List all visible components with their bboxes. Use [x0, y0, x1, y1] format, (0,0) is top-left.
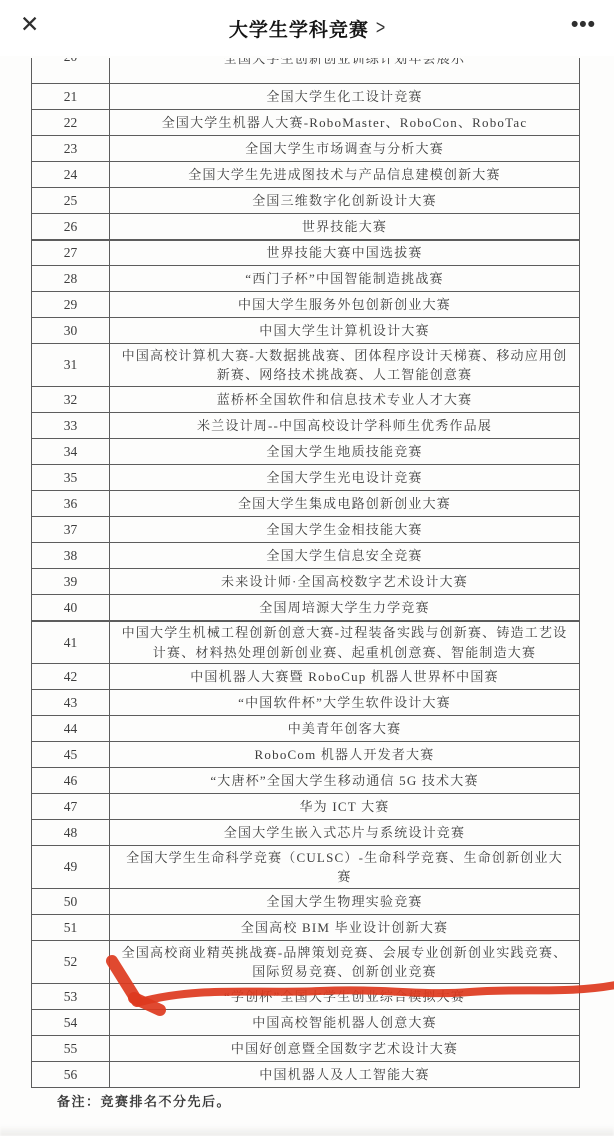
competition-name: RoboCom 机器人开发者大赛	[110, 742, 579, 767]
row-number: 47	[32, 794, 110, 819]
table-row: 37全国大学生金相技能大赛	[32, 516, 579, 542]
row-number: 35	[32, 465, 110, 490]
competition-name: 全国大学生化工设计竞赛	[110, 84, 579, 109]
row-number: 45	[32, 742, 110, 767]
table-row: 27世界技能大赛中国选拔赛	[32, 239, 579, 265]
competition-name: 中国机器人大赛暨 RoboCup 机器人世界杯中国赛	[110, 664, 579, 689]
competition-name: 全国大学生金相技能大赛	[110, 517, 579, 542]
competition-name: 华为 ICT 大赛	[110, 794, 579, 819]
row-number: 41	[32, 622, 110, 663]
table-row: 22全国大学生机器人大赛-RoboMaster、RoboCon、RoboTac	[32, 109, 579, 135]
row-number: 54	[32, 1010, 110, 1035]
competition-name: 全国大学生嵌入式芯片与系统设计竞赛	[110, 820, 579, 845]
document-title[interactable]: 大学生学科竞赛 >	[229, 15, 385, 42]
row-number: 44	[32, 716, 110, 741]
table-row: 50全国大学生物理实验竞赛	[32, 888, 579, 914]
competition-name: 米兰设计周--中国高校设计学科师生优秀作品展	[110, 413, 579, 438]
competition-name: 蓝桥杯全国软件和信息技术专业人才大赛	[110, 387, 579, 412]
close-icon[interactable]: ✕	[20, 13, 39, 36]
more-options-icon[interactable]: •••	[571, 10, 596, 39]
row-number: 52	[32, 941, 110, 983]
row-number: 56	[32, 1062, 110, 1087]
row-number: 51	[32, 915, 110, 940]
row-number: 31	[32, 344, 110, 386]
table-row: 41中国大学生机械工程创新创意大赛-过程装备实践与创新赛、铸造工艺设计赛、材料热…	[32, 620, 579, 663]
table-row: 21全国大学生化工设计竞赛	[32, 83, 579, 109]
table-row: 40全国周培源大学生力学竞赛	[32, 594, 579, 620]
competition-name: 中国机器人及人工智能大赛	[110, 1062, 579, 1087]
table-row: 25全国三维数字化创新设计大赛	[32, 187, 579, 213]
competition-name: 全国大学生机器人大赛-RoboMaster、RoboCon、RoboTac	[110, 110, 579, 135]
row-number: 24	[32, 162, 110, 187]
competition-name: “学创杯”全国大学生创业综合模拟大赛	[110, 984, 579, 1009]
competition-name: 中国高校计算机大赛-大数据挑战赛、团体程序设计天梯赛、移动应用创新赛、网络技术挑…	[110, 344, 579, 386]
competition-name: 世界技能大赛	[110, 214, 579, 239]
table-row: 53“学创杯”全国大学生创业综合模拟大赛	[32, 983, 579, 1009]
competition-name: 全国大学生先进成图技术与产品信息建模创新大赛	[110, 162, 579, 187]
row-number: 40	[32, 595, 110, 620]
row-number: 29	[32, 292, 110, 317]
competition-name: 全国大学生创新创业训练计划年会展示	[110, 58, 579, 83]
table-row: 32蓝桥杯全国软件和信息技术专业人才大赛	[32, 386, 579, 412]
table-row: 28“西门子杯”中国智能制造挑战赛	[32, 265, 579, 291]
table-row: 31中国高校计算机大赛-大数据挑战赛、团体程序设计天梯赛、移动应用创新赛、网络技…	[32, 343, 579, 386]
table-row: 36全国大学生集成电路创新创业大赛	[32, 490, 579, 516]
table-row: 38全国大学生信息安全竞赛	[32, 542, 579, 568]
chevron-right-icon: >	[376, 17, 385, 40]
table-row: 30中国大学生计算机设计大赛	[32, 317, 579, 343]
table-row: 43“中国软件杯”大学生软件设计大赛	[32, 689, 579, 715]
row-number: 34	[32, 439, 110, 464]
table-row: 23全国大学生市场调查与分析大赛	[32, 135, 579, 161]
row-number: 32	[32, 387, 110, 412]
table-row: 56中国机器人及人工智能大赛	[32, 1061, 579, 1087]
app-header: ✕ 大学生学科竞赛 > •••	[0, 0, 614, 56]
row-number: 48	[32, 820, 110, 845]
row-number: 26	[32, 214, 110, 239]
competition-name: 全国高校 BIM 毕业设计创新大赛	[110, 915, 579, 940]
competition-name: 全国大学生物理实验竞赛	[110, 889, 579, 914]
table-row: 35全国大学生光电设计竞赛	[32, 464, 579, 490]
competition-name: 全国大学生市场调查与分析大赛	[110, 136, 579, 161]
table-row: 45RoboCom 机器人开发者大赛	[32, 741, 579, 767]
competition-name: 中国大学生机械工程创新创意大赛-过程装备实践与创新赛、铸造工艺设计赛、材料热处理…	[110, 622, 579, 663]
table-row: 29中国大学生服务外包创新创业大赛	[32, 291, 579, 317]
row-number: 46	[32, 768, 110, 793]
table-row: 46“大唐杯”全国大学生移动通信 5G 技术大赛	[32, 767, 579, 793]
competition-name: 全国大学生信息安全竞赛	[110, 543, 579, 568]
table-row: 44中美青年创客大赛	[32, 715, 579, 741]
competition-name: 全国高校商业精英挑战赛-品牌策划竞赛、会展专业创新创业实践竞赛、国际贸易竞赛、创…	[110, 941, 579, 983]
row-number: 20	[32, 58, 110, 83]
row-number: 55	[32, 1036, 110, 1061]
row-number: 39	[32, 569, 110, 594]
table-row: 20全国大学生创新创业训练计划年会展示	[32, 58, 579, 83]
row-number: 21	[32, 84, 110, 109]
table-row: 24全国大学生先进成图技术与产品信息建模创新大赛	[32, 161, 579, 187]
row-number: 28	[32, 266, 110, 291]
competition-name: 中国大学生计算机设计大赛	[110, 318, 579, 343]
remark-note: 备注：竞赛排名不分先后。	[57, 1091, 231, 1110]
table-row: 52全国高校商业精英挑战赛-品牌策划竞赛、会展专业创新创业实践竞赛、国际贸易竞赛…	[32, 940, 579, 983]
competition-name: 全国大学生集成电路创新创业大赛	[110, 491, 579, 516]
table-row: 51全国高校 BIM 毕业设计创新大赛	[32, 914, 579, 940]
row-number: 53	[32, 984, 110, 1009]
competition-name: 全国大学生生命科学竞赛（CULSC）-生命科学竞赛、生命创新创业大赛	[110, 846, 579, 888]
competition-table: 20全国大学生创新创业训练计划年会展示21全国大学生化工设计竞赛22全国大学生机…	[31, 58, 580, 1088]
row-number: 38	[32, 543, 110, 568]
competition-name: 中国大学生服务外包创新创业大赛	[110, 292, 579, 317]
table-row: 26世界技能大赛	[32, 213, 579, 239]
table-row: 39未来设计师·全国高校数字艺术设计大赛	[32, 568, 579, 594]
competition-name: 中国好创意暨全国数字艺术设计大赛	[110, 1036, 579, 1061]
row-number: 30	[32, 318, 110, 343]
table-row: 54中国高校智能机器人创意大赛	[32, 1009, 579, 1035]
row-number: 50	[32, 889, 110, 914]
row-number: 49	[32, 846, 110, 888]
table-row: 47华为 ICT 大赛	[32, 793, 579, 819]
row-number: 25	[32, 188, 110, 213]
row-number: 22	[32, 110, 110, 135]
competition-name: 未来设计师·全国高校数字艺术设计大赛	[110, 569, 579, 594]
competition-name: “中国软件杯”大学生软件设计大赛	[110, 690, 579, 715]
table-row: 42中国机器人大赛暨 RoboCup 机器人世界杯中国赛	[32, 663, 579, 689]
competition-name: 中美青年创客大赛	[110, 716, 579, 741]
competition-name: “大唐杯”全国大学生移动通信 5G 技术大赛	[110, 768, 579, 793]
competition-name: 全国大学生光电设计竞赛	[110, 465, 579, 490]
competition-name: 全国三维数字化创新设计大赛	[110, 188, 579, 213]
row-number: 42	[32, 664, 110, 689]
competition-name: 全国周培源大学生力学竞赛	[110, 595, 579, 620]
competition-name: 世界技能大赛中国选拔赛	[110, 241, 579, 265]
table-row: 49全国大学生生命科学竞赛（CULSC）-生命科学竞赛、生命创新创业大赛	[32, 845, 579, 888]
table-row: 55中国好创意暨全国数字艺术设计大赛	[32, 1035, 579, 1061]
table-row: 48全国大学生嵌入式芯片与系统设计竞赛	[32, 819, 579, 845]
competition-name: 全国大学生地质技能竞赛	[110, 439, 579, 464]
page-title: 大学生学科竞赛	[229, 15, 369, 42]
row-number: 33	[32, 413, 110, 438]
competition-name: “西门子杯”中国智能制造挑战赛	[110, 266, 579, 291]
table-row: 33米兰设计周--中国高校设计学科师生优秀作品展	[32, 412, 579, 438]
row-number: 37	[32, 517, 110, 542]
row-number: 36	[32, 491, 110, 516]
row-number: 27	[32, 241, 110, 265]
competition-name: 中国高校智能机器人创意大赛	[110, 1010, 579, 1035]
table-row: 34全国大学生地质技能竞赛	[32, 438, 579, 464]
row-number: 43	[32, 690, 110, 715]
row-number: 23	[32, 136, 110, 161]
scan-artifact	[0, 1125, 614, 1136]
